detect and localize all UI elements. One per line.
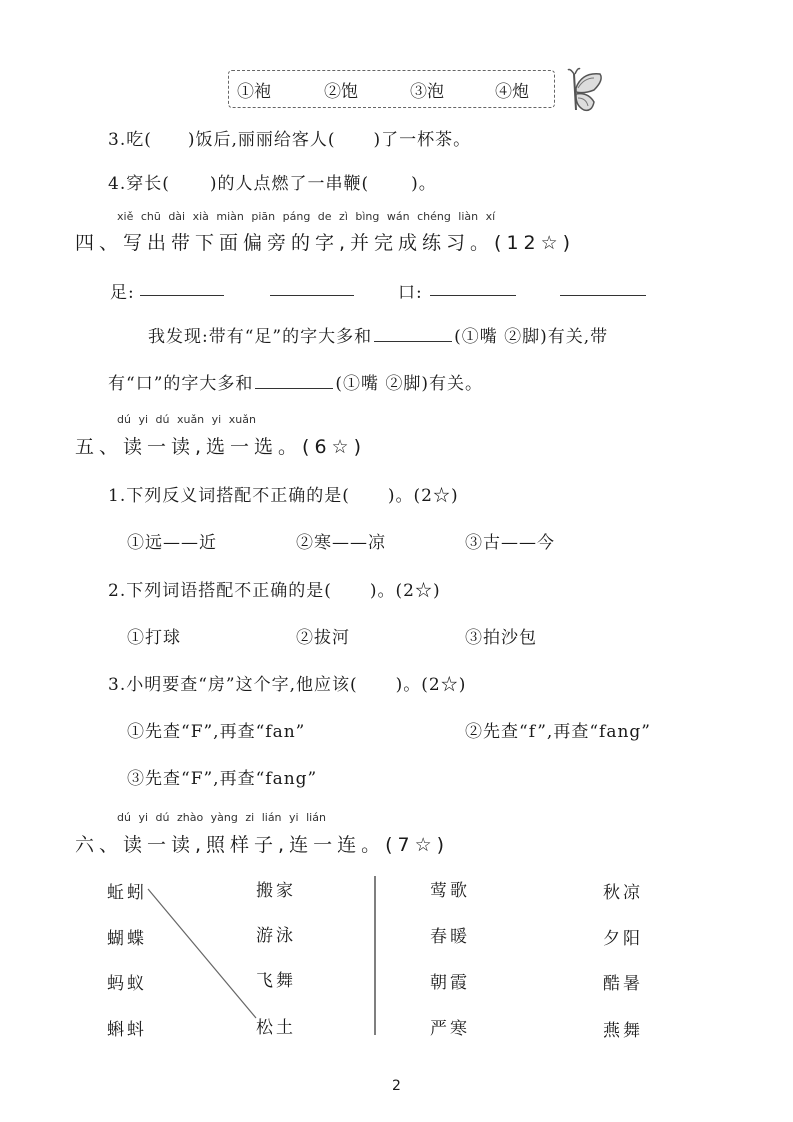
example-connector-line bbox=[0, 0, 793, 1122]
match-far-4[interactable]: 燕舞 bbox=[603, 1016, 643, 1041]
match-right-1[interactable]: 莺歌 bbox=[430, 876, 470, 901]
match-right-3[interactable]: 朝霞 bbox=[430, 968, 470, 993]
page-number: 2 bbox=[392, 1078, 401, 1094]
match-far-3[interactable]: 酷暑 bbox=[603, 969, 643, 994]
match-far-2[interactable]: 夕阳 bbox=[603, 924, 643, 949]
match-right-4[interactable]: 严寒 bbox=[430, 1014, 470, 1039]
match-right-2[interactable]: 春暖 bbox=[430, 922, 470, 947]
match-far-1[interactable]: 秋凉 bbox=[603, 878, 643, 903]
